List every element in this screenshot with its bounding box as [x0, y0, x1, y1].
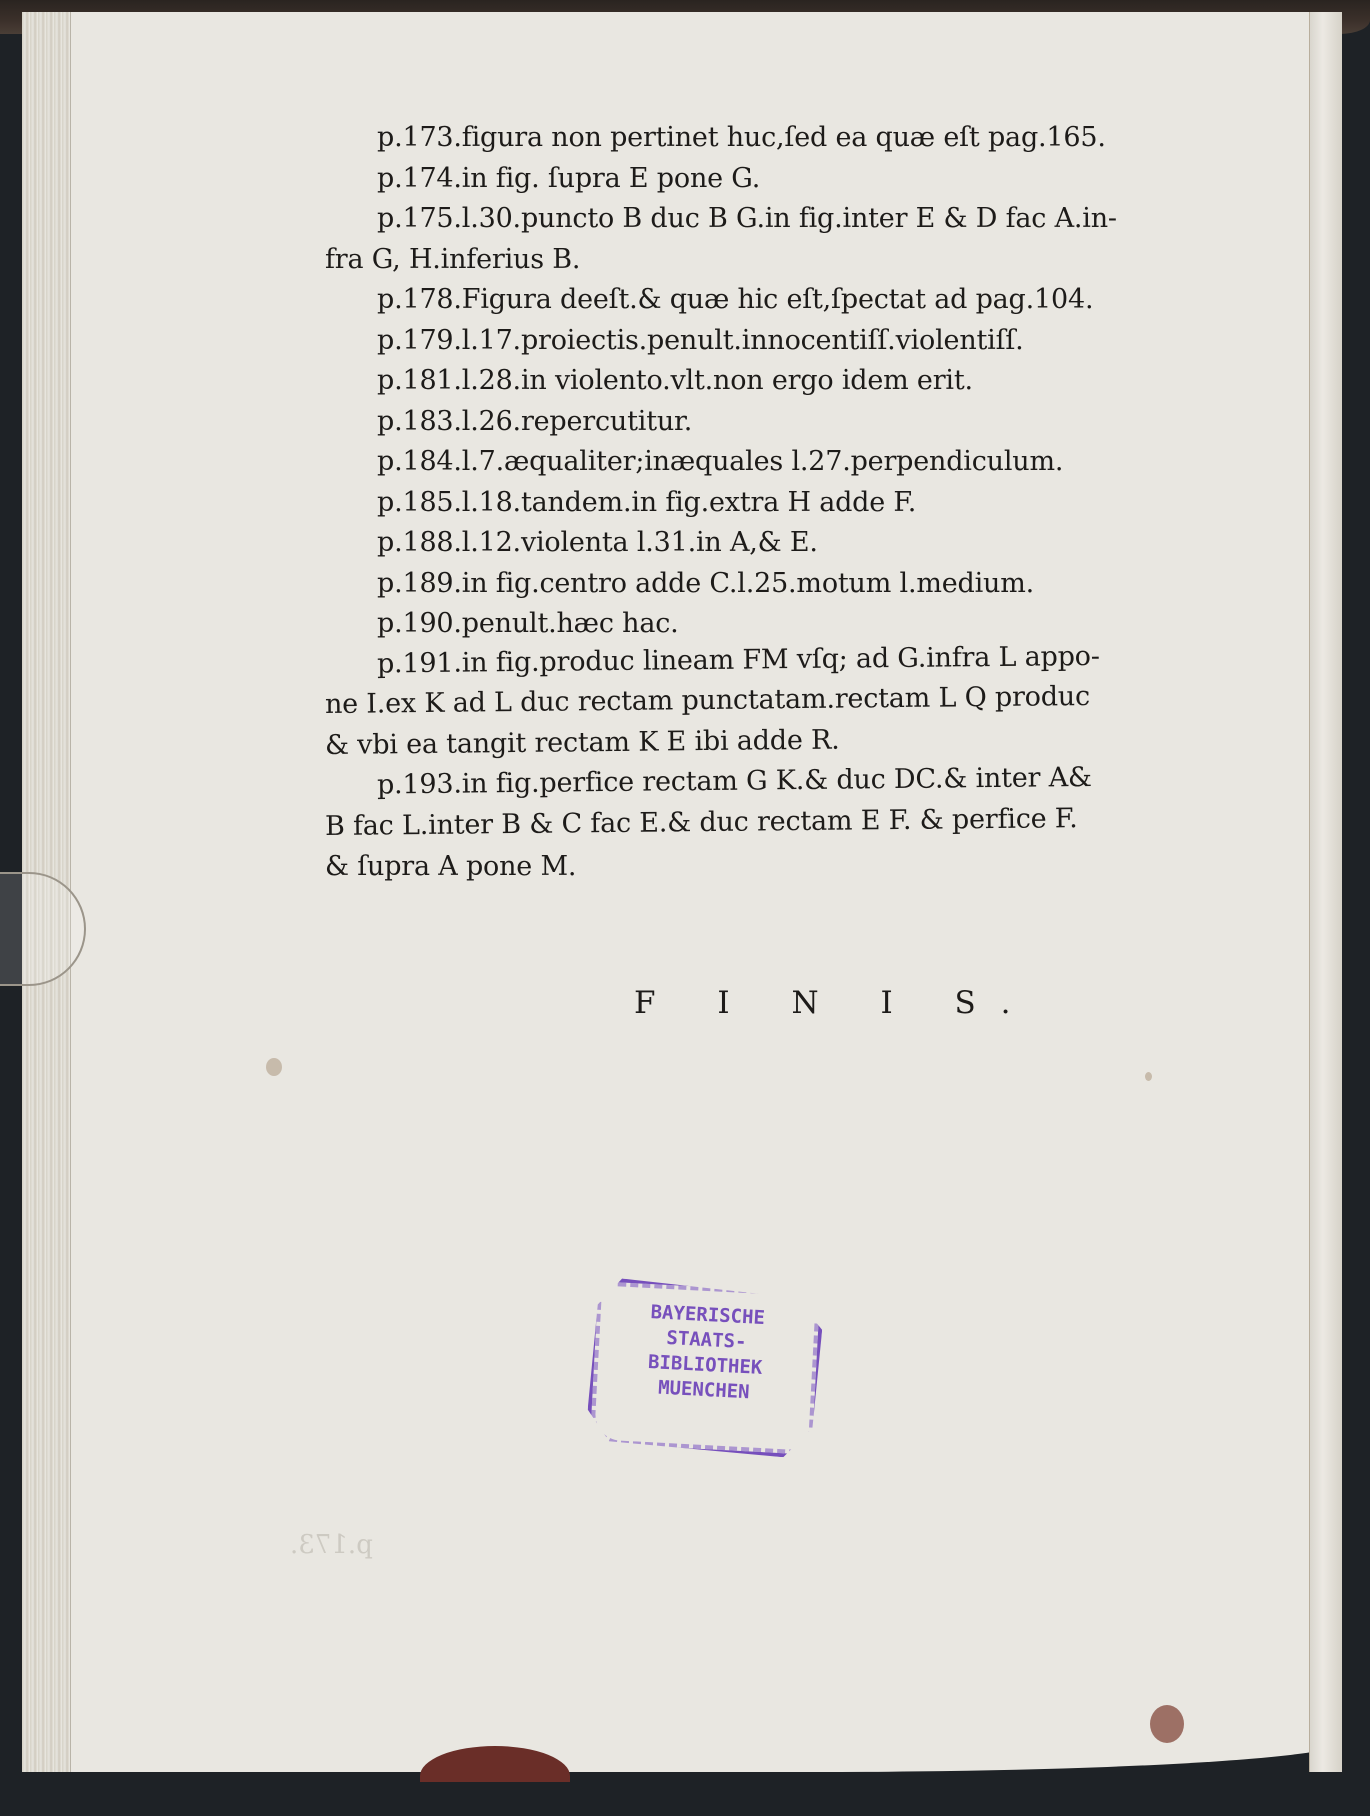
errata-line: fra G, H.inferius B.	[325, 240, 1205, 281]
errata-line: p.183.l.26.repercutitur.	[325, 402, 1205, 443]
errata-list: p.173.figura non pertinet huc,ſed ea quæ…	[325, 118, 1205, 888]
errata-line: p.189.in fig.centro adde C.l.25.motum l.…	[325, 564, 1205, 605]
errata-line: & ſupra A pone M.	[325, 847, 1205, 888]
library-stamp: BAYERISCHE STAATS- BIBLIOTHEK MUENCHEN	[586, 1277, 825, 1459]
finis-heading: F I N I S.	[634, 985, 1037, 1021]
errata-line: B fac L.inter B & C fac E.& duc rectam E…	[325, 797, 1205, 847]
errata-line: p.181.l.28.in violento.vlt.non ergo idem…	[325, 361, 1205, 402]
errata-line: p.185.l.18.tandem.in fig.extra H adde F.	[325, 483, 1205, 524]
errata-line: p.178.Figura deeſt.& quæ hic eſt,ſpectat…	[325, 280, 1205, 321]
binding-gutter	[1309, 12, 1342, 1772]
errata-line: p.179.l.17.proiectis.penult.innocentiſſ.…	[325, 321, 1205, 362]
paper-spot	[1145, 1072, 1152, 1081]
errata-line: p.184.l.7.æqualiter;inæquales l.27.perpe…	[325, 442, 1205, 483]
errata-line: p.188.l.12.violenta l.31.in A,& E.	[325, 523, 1205, 564]
paper-spot	[266, 1058, 282, 1076]
stamp-border	[590, 1281, 820, 1454]
errata-line: p.175.l.30.puncto B duc B G.in fig.inter…	[325, 199, 1205, 240]
paper-damage-stain	[1150, 1705, 1184, 1743]
errata-line: p.174.in fig. ſupra E pone G.	[325, 159, 1205, 200]
bleed-through-page-mark: p.173.	[290, 1530, 373, 1560]
errata-line: p.173.figura non pertinet huc,ſed ea quæ…	[325, 118, 1205, 159]
